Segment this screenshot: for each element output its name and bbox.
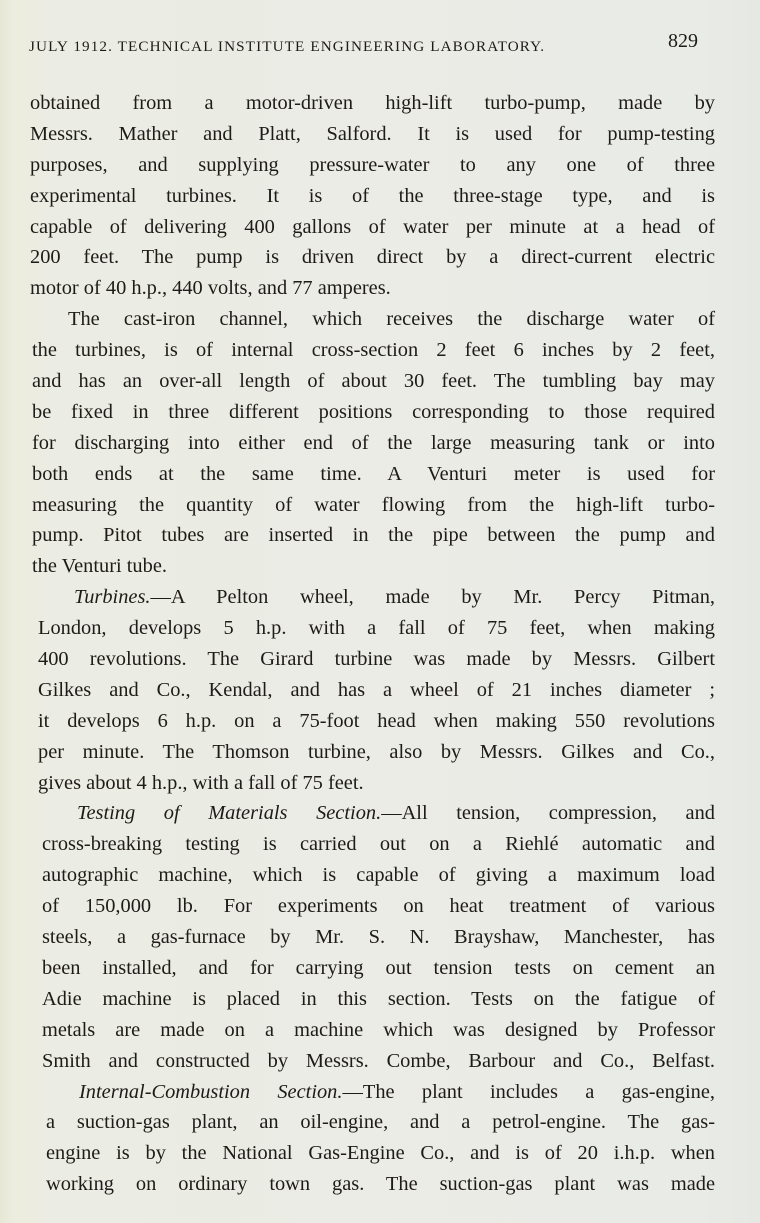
running-header: July 1912. Technical Institute Engineeri…	[0, 28, 760, 62]
text-line: a suction-gas plant, an oil-engine, and …	[46, 1107, 715, 1138]
text-line: The cast-iron channel, which receives th…	[32, 304, 715, 335]
text-line: Internal-Combustion Section.—The plant i…	[46, 1077, 715, 1108]
text-line: capable of delivering 400 gallons of wat…	[30, 212, 715, 243]
text-line: of 150,000 lb. For experiments on heat t…	[42, 891, 715, 922]
text-line: experimental turbines. It is of the thre…	[30, 181, 715, 212]
text-fragment: —All tension, compression, and	[381, 802, 715, 824]
text-line: 200 feet. The pump is driven direct by a…	[30, 242, 715, 273]
text-line: 400 revolutions. The Girard turbine was …	[38, 644, 715, 675]
text-line: for discharging into either end of the l…	[32, 428, 715, 459]
section-heading-turbines: Turbines.	[74, 586, 150, 608]
text-line: engine is by the National Gas-Engine Co.…	[46, 1138, 715, 1169]
text-line: working on ordinary town gas. The suctio…	[46, 1169, 715, 1200]
paragraph-pump: obtained from a motor-driven high-lift t…	[0, 88, 715, 304]
text-line: Adie machine is placed in this section. …	[42, 984, 715, 1015]
text-line: Smith and constructed by Messrs. Combe, …	[42, 1046, 715, 1077]
text-fragment: —The plant includes a gas-engine,	[342, 1081, 715, 1103]
text-line: Messrs. Mather and Platt, Salford. It is…	[30, 119, 715, 150]
page-body: obtained from a motor-driven high-lift t…	[0, 88, 760, 1200]
paragraph-testing-materials: Testing of Materials Section.—All tensio…	[0, 798, 715, 1076]
text-line: been installed, and for carrying out ten…	[42, 953, 715, 984]
text-line: cross-breaking testing is carried out on…	[42, 829, 715, 860]
text-line: Gilkes and Co., Kendal, and has a wheel …	[38, 675, 715, 706]
text-line: Turbines.—A Pelton wheel, made by Mr. Pe…	[38, 582, 715, 613]
paragraph-internal-combustion: Internal-Combustion Section.—The plant i…	[0, 1077, 715, 1201]
paragraph-channel: The cast-iron channel, which receives th…	[0, 304, 715, 582]
page-number: 829	[668, 30, 698, 53]
text-line: metals are made on a machine which was d…	[42, 1015, 715, 1046]
text-line: obtained from a motor-driven high-lift t…	[30, 88, 715, 119]
text-line: be fixed in three different positions co…	[32, 397, 715, 428]
text-line: London, develops 5 h.p. with a fall of 7…	[38, 613, 715, 644]
text-line: the Venturi tube.	[32, 551, 715, 582]
paragraph-turbines: Turbines.—A Pelton wheel, made by Mr. Pe…	[0, 582, 715, 798]
text-line: measuring the quantity of water flowing …	[32, 490, 715, 521]
text-line: and has an over-all length of about 30 f…	[32, 366, 715, 397]
text-line: Testing of Materials Section.—All tensio…	[42, 798, 715, 829]
text-line: per minute. The Thomson turbine, also by…	[38, 737, 715, 768]
text-line: purposes, and supplying pressure-water t…	[30, 150, 715, 181]
text-line: gives about 4 h.p., with a fall of 75 fe…	[38, 768, 715, 799]
text-line: steels, a gas-furnace by Mr. S. N. Brays…	[42, 922, 715, 953]
section-heading-testing-materials: Testing of Materials Section.	[77, 802, 381, 824]
text-line: both ends at the same time. A Venturi me…	[32, 459, 715, 490]
section-heading-internal-combustion: Internal-Combustion Section.	[79, 1081, 342, 1103]
text-line: motor of 40 h.p., 440 volts, and 77 ampe…	[30, 273, 715, 304]
text-line: autographic machine, which is capable of…	[42, 860, 715, 891]
running-head-title: July 1912. Technical Institute Engineeri…	[29, 38, 545, 56]
text-fragment: —A Pelton wheel, made by Mr. Percy Pitma…	[150, 586, 715, 608]
text-line: the turbines, is of internal cross-secti…	[32, 335, 715, 366]
text-line: pump. Pitot tubes are inserted in the pi…	[32, 520, 715, 551]
text-line: it develops 6 h.p. on a 75-foot head whe…	[38, 706, 715, 737]
